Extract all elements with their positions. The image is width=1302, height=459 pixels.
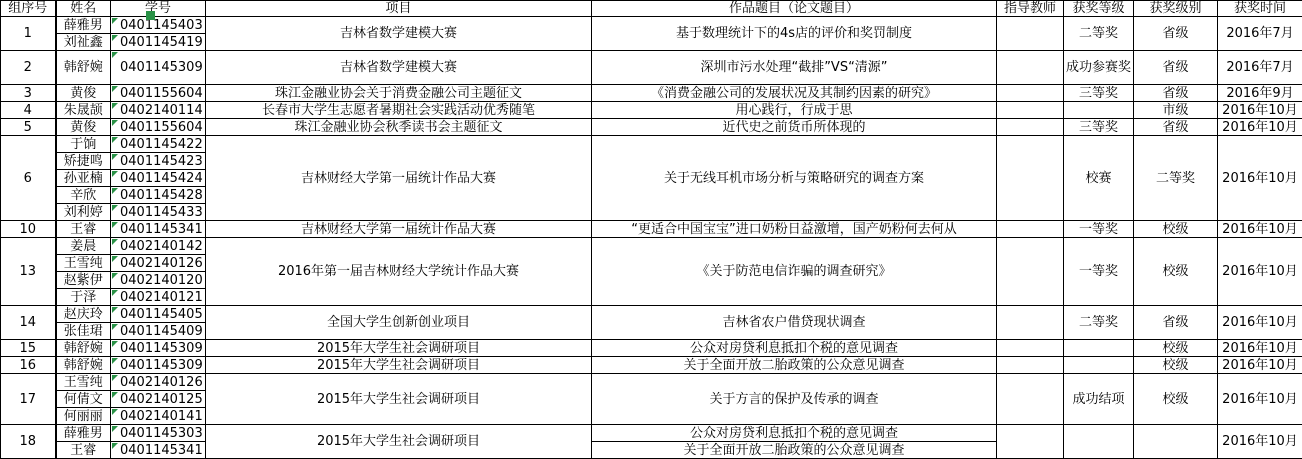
member-name[interactable]: 于泽 bbox=[56, 289, 111, 306]
group-no[interactable]: 14 bbox=[1, 306, 56, 340]
member-name[interactable]: 刘利婷 bbox=[56, 204, 111, 221]
award-level[interactable]: 省级 bbox=[1134, 306, 1218, 340]
member-name[interactable]: 于饷 bbox=[56, 136, 111, 153]
title-cell[interactable]: 吉林省农户借贷现状调查 bbox=[592, 306, 997, 340]
green-triangle-icon bbox=[112, 426, 118, 432]
green-triangle-icon bbox=[112, 120, 118, 126]
award-grade[interactable] bbox=[1064, 357, 1134, 374]
title-cell[interactable]: 关于方言的保护及传承的调查 bbox=[592, 374, 997, 425]
table-row: 3 黄俊 0401155604 珠江金融业协会关于消费金融公司主题征文 《消费金… bbox=[1, 85, 1302, 102]
group-no[interactable]: 17 bbox=[1, 374, 56, 425]
student-id[interactable]: 0401145309 bbox=[111, 340, 206, 357]
title-cell[interactable]: 深圳市污水处理“截排”VS“清源” bbox=[592, 51, 997, 85]
table-row: 15 韩舒婉 0401145309 2015年大学生社会调研项目 公众对房贷利息… bbox=[1, 340, 1302, 357]
title-cell[interactable]: 《关于防范电信诈骗的调查研究》 bbox=[592, 238, 997, 306]
award-time[interactable]: 2016年10月 bbox=[1218, 425, 1302, 459]
member-name[interactable]: 赵庆玲 bbox=[56, 306, 111, 323]
group-no[interactable]: 6 bbox=[1, 136, 56, 221]
member-name[interactable]: 薛雅男 bbox=[56, 17, 111, 34]
student-id-value: 0401145303 bbox=[120, 426, 203, 441]
title-cell[interactable]: 用心践行，行成于思 bbox=[592, 102, 997, 119]
member-name[interactable]: 韩舒婉 bbox=[56, 357, 111, 374]
student-id-value: 0401145422 bbox=[120, 137, 203, 152]
active-cell-marker bbox=[146, 11, 155, 20]
title-cell[interactable]: 关于全面开放二胎政策的公众意见调查 bbox=[592, 442, 997, 459]
award-grade[interactable]: 一等奖 bbox=[1064, 238, 1134, 306]
award-level[interactable]: 校级 bbox=[1134, 221, 1218, 238]
advisor-cell[interactable] bbox=[997, 238, 1064, 306]
student-id-value: 0402140125 bbox=[120, 392, 203, 407]
green-triangle-icon bbox=[112, 341, 118, 347]
member-name[interactable]: 王雪纯 bbox=[56, 374, 111, 391]
green-triangle-icon bbox=[112, 188, 118, 194]
student-id-value: 0401145309 bbox=[120, 341, 203, 356]
advisor-cell[interactable] bbox=[997, 221, 1064, 238]
advisor-cell[interactable] bbox=[997, 136, 1064, 221]
award-level[interactable]: 二等奖 bbox=[1134, 136, 1218, 221]
award-time[interactable]: 2016年10月 bbox=[1218, 119, 1302, 136]
advisor-cell[interactable] bbox=[997, 85, 1064, 102]
student-id-value: 0401145309 bbox=[120, 60, 203, 75]
header-group-no[interactable]: 组序号 bbox=[1, 1, 56, 17]
green-triangle-icon bbox=[112, 358, 118, 364]
project-cell[interactable]: 吉林财经大学第一届统计作品大赛 bbox=[206, 221, 592, 238]
student-id-value: 0401145419 bbox=[120, 35, 203, 50]
project-cell[interactable]: 吉林省数学建模大赛 bbox=[206, 51, 592, 85]
green-triangle-icon bbox=[112, 409, 118, 415]
table-row: 4 朱晟颉 0402140114 长春市大学生志愿者暑期社会实践活动优秀随笔 用… bbox=[1, 102, 1302, 119]
award-level[interactable]: 省级 bbox=[1134, 119, 1218, 136]
award-grade[interactable]: 校赛 bbox=[1064, 136, 1134, 221]
award-grade[interactable]: 三等奖 bbox=[1064, 85, 1134, 102]
member-name[interactable]: 矫捷鸣 bbox=[56, 153, 111, 170]
award-time[interactable]: 2016年10月 bbox=[1218, 102, 1302, 119]
award-time[interactable]: 2016年10月 bbox=[1218, 221, 1302, 238]
award-time[interactable]: 2016年10月 bbox=[1218, 238, 1302, 306]
award-level[interactable]: 省级 bbox=[1134, 17, 1218, 51]
header-project[interactable]: 项目 bbox=[206, 1, 592, 17]
member-name[interactable]: 何丽丽 bbox=[56, 408, 111, 425]
title-cell[interactable]: 公众对房贷利息抵扣个税的意见调查 bbox=[592, 425, 997, 442]
student-id[interactable]: 0402140125 bbox=[111, 391, 206, 408]
header-advisor[interactable]: 指导教师 bbox=[997, 1, 1064, 17]
green-triangle-icon bbox=[112, 239, 118, 245]
table-row: 2 韩舒婉 0401145309 吉林省数学建模大赛 深圳市污水处理“截排”VS… bbox=[1, 51, 1302, 85]
advisor-cell[interactable] bbox=[997, 340, 1064, 357]
green-triangle-icon bbox=[112, 35, 118, 41]
title-cell[interactable]: 《消费金融公司的发展状况及其制约因素的研究》 bbox=[592, 85, 997, 102]
student-id-value: 0401145409 bbox=[120, 324, 203, 339]
member-name[interactable]: 姜晨 bbox=[56, 238, 111, 255]
member-name[interactable]: 张佳珺 bbox=[56, 323, 111, 340]
member-name[interactable]: 薛雅男 bbox=[56, 425, 111, 442]
project-cell[interactable]: 2015年大学生社会调研项目 bbox=[206, 357, 592, 374]
green-triangle-icon bbox=[112, 392, 118, 398]
award-grade[interactable]: 成功结项 bbox=[1064, 374, 1134, 425]
advisor-cell[interactable] bbox=[997, 306, 1064, 340]
award-level[interactable]: 省级 bbox=[1134, 85, 1218, 102]
award-time[interactable]: 2016年10月 bbox=[1218, 357, 1302, 374]
table-row: 17 王雪纯 0402140126 2015年大学生社会调研项目 关于方言的保护… bbox=[1, 374, 1302, 391]
award-time[interactable]: 2016年9月 bbox=[1218, 85, 1302, 102]
award-grade[interactable]: 三等奖 bbox=[1064, 119, 1134, 136]
student-id-value: 0401145403 bbox=[120, 18, 203, 33]
student-id[interactable]: 0401145309 bbox=[111, 51, 206, 85]
member-name[interactable]: 刘祉鑫 bbox=[56, 34, 111, 51]
award-level[interactable]: 省级 bbox=[1134, 51, 1218, 85]
group-no[interactable]: 3 bbox=[1, 85, 56, 102]
award-time[interactable]: 2016年10月 bbox=[1218, 136, 1302, 221]
student-id-value: 0401155604 bbox=[120, 86, 203, 101]
student-id[interactable]: 0401145424 bbox=[111, 170, 206, 187]
student-id[interactable]: 0402140126 bbox=[111, 255, 206, 272]
member-name[interactable]: 韩舒婉 bbox=[56, 51, 111, 85]
member-name[interactable]: 韩舒婉 bbox=[56, 340, 111, 357]
title-cell[interactable]: “更适合中国宝宝”进口奶粉日益激增，国产奶粉何去何从 bbox=[592, 221, 997, 238]
advisor-cell[interactable] bbox=[997, 374, 1064, 425]
green-triangle-icon bbox=[112, 290, 118, 296]
student-id-value: 0401145433 bbox=[120, 205, 203, 220]
award-time[interactable]: 2016年10月 bbox=[1218, 306, 1302, 340]
green-triangle-icon bbox=[112, 375, 118, 381]
award-grade[interactable]: 二等奖 bbox=[1064, 17, 1134, 51]
member-name[interactable]: 黄俊 bbox=[56, 119, 111, 136]
header-student-id[interactable]: 学号 bbox=[111, 1, 206, 17]
award-grade[interactable]: 成功参赛奖 bbox=[1064, 51, 1134, 85]
member-name[interactable]: 王雪纯 bbox=[56, 255, 111, 272]
project-cell[interactable]: 2016年第一届吉林财经大学统计作品大赛 bbox=[206, 238, 592, 306]
green-triangle-icon bbox=[112, 171, 118, 177]
award-level[interactable]: 校级 bbox=[1134, 340, 1218, 357]
project-cell[interactable]: 2015年大学生社会调研项目 bbox=[206, 374, 592, 425]
advisor-cell[interactable] bbox=[997, 17, 1064, 51]
group-no[interactable]: 10 bbox=[1, 221, 56, 238]
header-award-level[interactable]: 获奖级别 bbox=[1134, 1, 1218, 17]
awards-table: 组序号 姓名 学号 项目 作品题目（论文题目） 指导教师 获奖等级 获奖级别 获… bbox=[0, 0, 1302, 459]
group-no[interactable]: 2 bbox=[1, 51, 56, 85]
project-cell[interactable]: 全国大学生创新创业项目 bbox=[206, 306, 592, 340]
student-id[interactable]: 0401145423 bbox=[111, 153, 206, 170]
project-cell[interactable]: 2015年大学生社会调研项目 bbox=[206, 425, 592, 459]
project-cell[interactable]: 吉林财经大学第一届统计作品大赛 bbox=[206, 136, 592, 221]
student-id[interactable]: 0401145433 bbox=[111, 204, 206, 221]
member-name[interactable]: 王睿 bbox=[56, 442, 111, 459]
student-id[interactable]: 0401145409 bbox=[111, 323, 206, 340]
green-triangle-icon bbox=[112, 273, 118, 279]
student-id-value: 0402140114 bbox=[120, 103, 203, 118]
header-title[interactable]: 作品题目（论文题目） bbox=[592, 1, 997, 17]
student-id[interactable]: 0401145428 bbox=[111, 187, 206, 204]
student-id-value: 0402140142 bbox=[120, 239, 203, 254]
member-name[interactable]: 王睿 bbox=[56, 221, 111, 238]
project-cell[interactable]: 珠江金融业协会秋季读书会主题征文 bbox=[206, 119, 592, 136]
green-triangle-icon bbox=[112, 307, 118, 313]
student-id[interactable]: 0401145422 bbox=[111, 136, 206, 153]
student-id-value: 0401145309 bbox=[120, 358, 203, 373]
student-id-value: 0401145424 bbox=[120, 171, 203, 186]
student-id-value: 0402140126 bbox=[120, 256, 203, 271]
title-cell[interactable]: 公众对房贷利息抵扣个税的意见调查 bbox=[592, 340, 997, 357]
header-award-grade[interactable]: 获奖等级 bbox=[1064, 1, 1134, 17]
student-id[interactable]: 0401145405 bbox=[111, 306, 206, 323]
green-triangle-icon bbox=[112, 137, 118, 143]
student-id-value: 0401145428 bbox=[120, 188, 203, 203]
student-id-value: 0401145405 bbox=[120, 307, 203, 322]
student-id[interactable]: 0402140141 bbox=[111, 408, 206, 425]
student-id[interactable]: 0401145403 bbox=[111, 17, 206, 34]
student-id[interactable]: 0401145341 bbox=[111, 442, 206, 459]
project-cell[interactable]: 长春市大学生志愿者暑期社会实践活动优秀随笔 bbox=[206, 102, 592, 119]
table-row: 18 薛雅男 0401145303 2015年大学生社会调研项目 公众对房贷利息… bbox=[1, 425, 1302, 442]
award-level[interactable]: 校级 bbox=[1134, 357, 1218, 374]
group-no[interactable]: 13 bbox=[1, 238, 56, 306]
student-id[interactable]: 0402140126 bbox=[111, 374, 206, 391]
group-no[interactable]: 1 bbox=[1, 17, 56, 51]
project-cell[interactable]: 2015年大学生社会调研项目 bbox=[206, 340, 592, 357]
award-time[interactable]: 2016年10月 bbox=[1218, 374, 1302, 425]
award-level[interactable]: 校级 bbox=[1134, 374, 1218, 425]
project-cell[interactable]: 吉林省数学建模大赛 bbox=[206, 17, 592, 51]
award-grade[interactable]: 二等奖 bbox=[1064, 306, 1134, 340]
member-name[interactable]: 何倩文 bbox=[56, 391, 111, 408]
title-cell[interactable]: 基于数理统计下的4s店的评价和奖罚制度 bbox=[592, 17, 997, 51]
title-cell[interactable]: 近代史之前货币所体现的 bbox=[592, 119, 997, 136]
green-triangle-icon bbox=[112, 443, 118, 449]
green-triangle-icon bbox=[112, 222, 118, 228]
student-id-value: 0401145341 bbox=[120, 443, 203, 458]
advisor-cell[interactable] bbox=[997, 357, 1064, 374]
header-award-time[interactable]: 获奖时间 bbox=[1218, 1, 1302, 17]
award-grade[interactable] bbox=[1064, 102, 1134, 119]
student-id[interactable]: 0401145303 bbox=[111, 425, 206, 442]
table-row: 14 赵庆玲 0401145405 全国大学生创新创业项目 吉林省农户借贷现状调… bbox=[1, 306, 1302, 323]
member-name[interactable]: 黄俊 bbox=[56, 85, 111, 102]
student-id[interactable]: 0402140120 bbox=[111, 272, 206, 289]
green-triangle-icon bbox=[112, 18, 118, 24]
group-no[interactable]: 4 bbox=[1, 102, 56, 119]
member-name[interactable]: 辛欣 bbox=[56, 187, 111, 204]
student-id-value: 0401145341 bbox=[120, 222, 203, 237]
member-name[interactable]: 赵紫伊 bbox=[56, 272, 111, 289]
table-row: 6 于饷 0401145422 吉林财经大学第一届统计作品大赛 关于无线耳机市场… bbox=[1, 136, 1302, 153]
student-id-value: 0402140141 bbox=[120, 409, 203, 424]
award-level[interactable]: 校级 bbox=[1134, 238, 1218, 306]
student-id-value: 0401145423 bbox=[120, 154, 203, 169]
table-row: 13 姜晨 0402140142 2016年第一届吉林财经大学统计作品大赛 《关… bbox=[1, 238, 1302, 255]
student-id[interactable]: 0401145341 bbox=[111, 221, 206, 238]
green-triangle-icon bbox=[112, 52, 118, 58]
award-grade[interactable] bbox=[1064, 340, 1134, 357]
project-cell[interactable]: 珠江金融业协会关于消费金融公司主题征文 bbox=[206, 85, 592, 102]
award-time[interactable]: 2016年7月 bbox=[1218, 17, 1302, 51]
table-row: 16 韩舒婉 0401145309 2015年大学生社会调研项目 关于全面开放二… bbox=[1, 357, 1302, 374]
award-level[interactable] bbox=[1134, 425, 1218, 459]
group-no[interactable]: 5 bbox=[1, 119, 56, 136]
award-grade[interactable] bbox=[1064, 425, 1134, 459]
student-id-value: 0402140126 bbox=[120, 375, 203, 390]
student-id[interactable]: 0402140121 bbox=[111, 289, 206, 306]
title-cell[interactable]: 关于全面开放二胎政策的公众意见调查 bbox=[592, 357, 997, 374]
green-triangle-icon bbox=[112, 324, 118, 330]
student-id[interactable]: 0402140142 bbox=[111, 238, 206, 255]
table-row: 5 黄俊 0401155604 珠江金融业协会秋季读书会主题征文 近代史之前货币… bbox=[1, 119, 1302, 136]
advisor-cell[interactable] bbox=[997, 102, 1064, 119]
award-time[interactable]: 2016年7月 bbox=[1218, 51, 1302, 85]
header-name[interactable]: 姓名 bbox=[56, 1, 111, 17]
table-row: 10 王睿 0401145341 吉林财经大学第一届统计作品大赛 “更适合中国宝… bbox=[1, 221, 1302, 238]
table-row: 1 薛雅男 0401145403 吉林省数学建模大赛 基于数理统计下的4s店的评… bbox=[1, 17, 1302, 34]
award-grade[interactable]: 一等奖 bbox=[1064, 221, 1134, 238]
title-cell[interactable]: 关于无线耳机市场分析与策略研究的调查方案 bbox=[592, 136, 997, 221]
header-row: 组序号 姓名 学号 项目 作品题目（论文题目） 指导教师 获奖等级 获奖级别 获… bbox=[1, 1, 1302, 17]
spreadsheet: 组序号 姓名 学号 项目 作品题目（论文题目） 指导教师 获奖等级 获奖级别 获… bbox=[0, 0, 1302, 459]
student-id-value: 0401155604 bbox=[120, 120, 203, 135]
green-triangle-icon bbox=[112, 205, 118, 211]
award-level[interactable]: 市级 bbox=[1134, 102, 1218, 119]
member-name[interactable]: 孙亚楠 bbox=[56, 170, 111, 187]
student-id[interactable]: 0402140114 bbox=[111, 102, 206, 119]
green-triangle-icon bbox=[112, 256, 118, 262]
student-id[interactable]: 0401145419 bbox=[111, 34, 206, 51]
student-id-value: 0402140120 bbox=[120, 273, 203, 288]
green-triangle-icon bbox=[112, 86, 118, 92]
advisor-cell[interactable] bbox=[997, 425, 1064, 459]
group-no[interactable]: 16 bbox=[1, 357, 56, 374]
member-name[interactable]: 朱晟颉 bbox=[56, 102, 111, 119]
student-id[interactable]: 0401155604 bbox=[111, 85, 206, 102]
advisor-cell[interactable] bbox=[997, 119, 1064, 136]
group-no[interactable]: 18 bbox=[1, 425, 56, 459]
award-time[interactable]: 2016年10月 bbox=[1218, 340, 1302, 357]
student-id[interactable]: 0401155604 bbox=[111, 119, 206, 136]
group-no[interactable]: 15 bbox=[1, 340, 56, 357]
student-id[interactable]: 0401145309 bbox=[111, 357, 206, 374]
green-triangle-icon bbox=[112, 103, 118, 109]
advisor-cell[interactable] bbox=[997, 51, 1064, 85]
green-triangle-icon bbox=[112, 154, 118, 160]
student-id-value: 0402140121 bbox=[120, 290, 203, 305]
